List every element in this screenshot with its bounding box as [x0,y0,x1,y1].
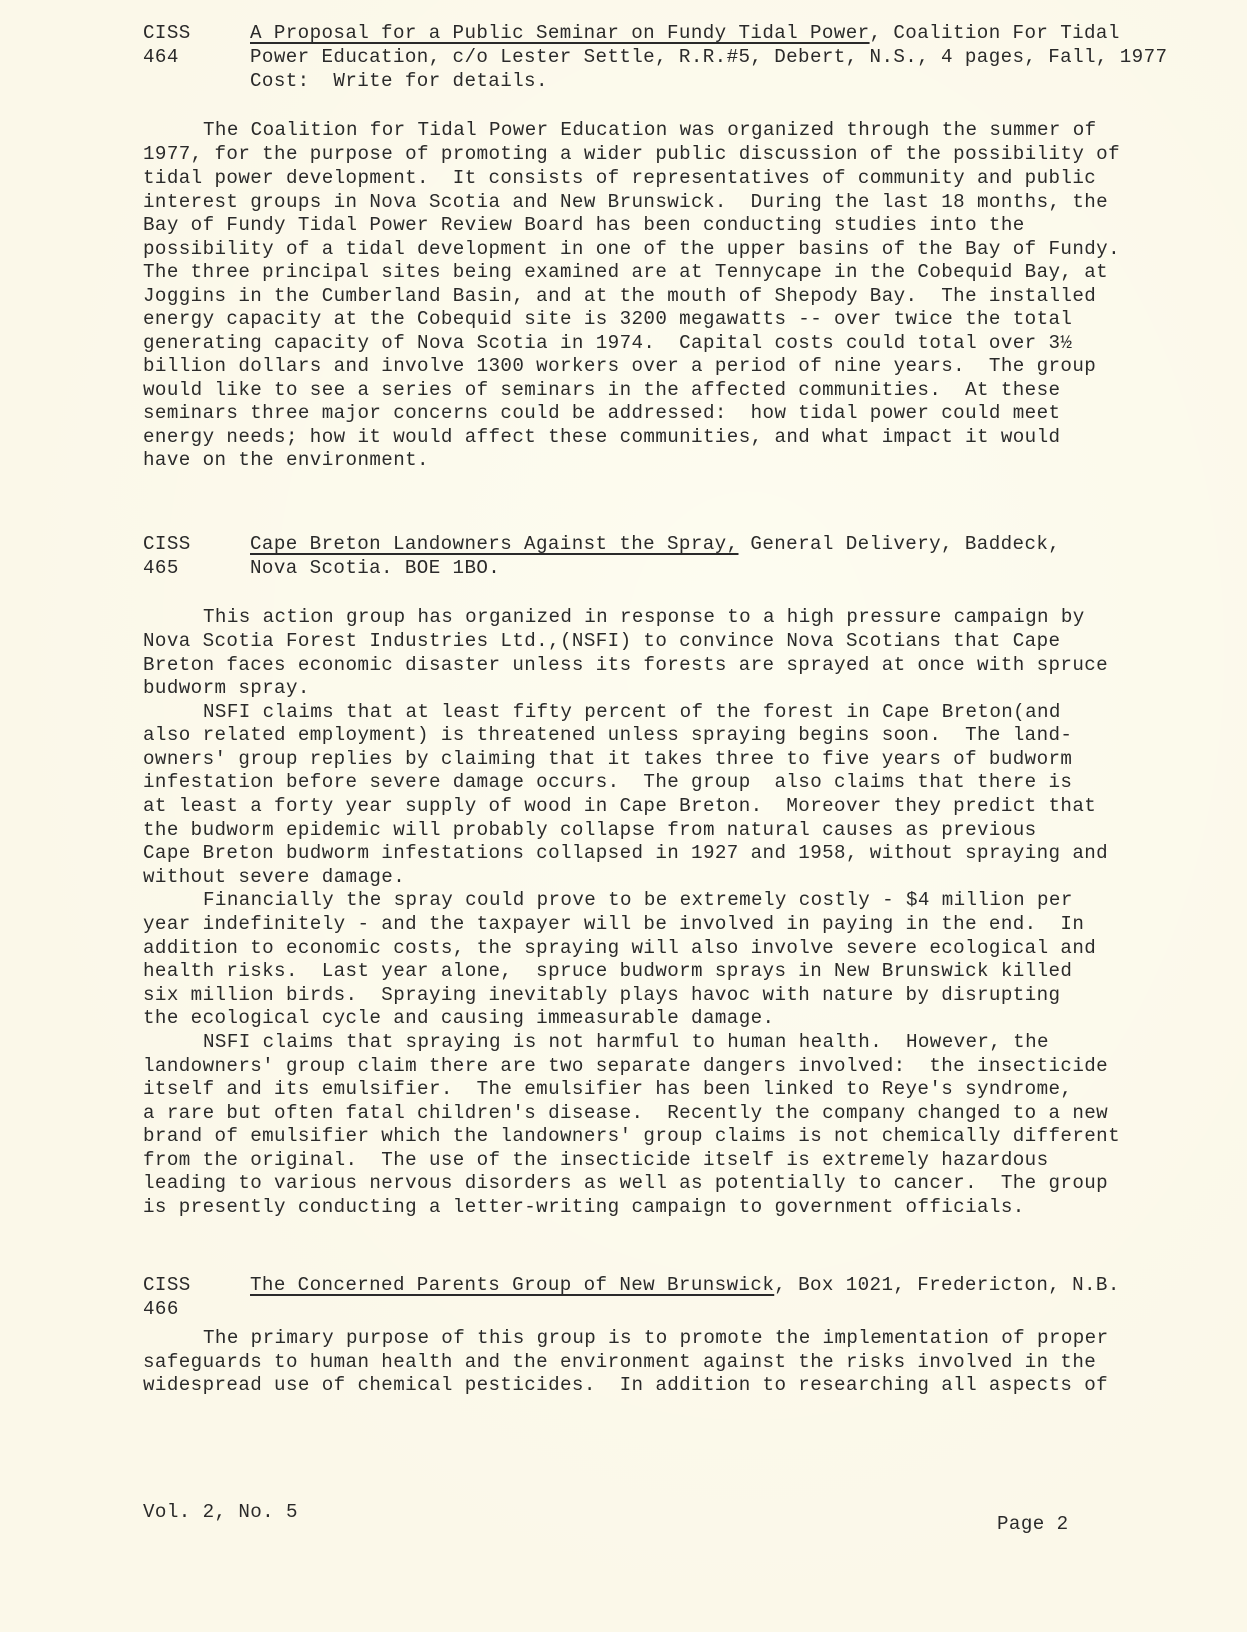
body-line: the ecological cycle and causing immeasu… [143,1006,774,1030]
body-line: The three principal sites being examined… [143,260,1108,284]
body-line: tidal power development. It consists of … [143,166,1096,190]
body-line: possibility of a tidal development in on… [143,237,1120,261]
entry-title: Cape Breton Landowners Against the Spray… [250,533,739,555]
body-line: Breton faces economic disaster unless it… [143,653,1108,677]
entry-cost: Cost: Write for details. [250,69,548,93]
body-line: brand of emulsifier which the landowners… [143,1124,1120,1148]
entry-title: The Concerned Parents Group of New Bruns… [250,1274,774,1296]
body-line: This action group has organized in respo… [203,605,1085,629]
body-line: The Coalition for Tidal Power Education … [203,118,1097,142]
body-line: would like to see a series of seminars i… [143,378,1060,402]
ciss-number: 465 [143,556,179,580]
volume-number: Vol. 2, No. 5 [143,1500,298,1524]
entry-title: A Proposal for a Public Seminar on Fundy… [250,22,870,44]
body-line: is presently conducting a letter-writing… [143,1195,1025,1219]
body-line: at least a forty year supply of wood in … [143,794,1096,818]
body-line: generating capacity of Nova Scotia in 19… [143,331,1072,355]
body-line: have on the environment. [143,448,429,472]
body-line: energy capacity at the Cobequid site is … [143,307,1072,331]
body-line: NSFI claims that at least fifty percent … [203,700,1061,724]
body-line: landowners' group claim there are two se… [143,1054,1108,1078]
body-line: without severe damage. [143,865,405,889]
ciss-label: CISS [143,532,191,556]
entry-header-line: The Concerned Parents Group of New Bruns… [250,1273,1120,1297]
body-line: six million birds. Spraying inevitably p… [143,983,1060,1007]
body-line: widespread use of chemical pesticides. I… [143,1373,1108,1397]
ciss-number: 466 [143,1297,179,1321]
entry-header-line: Cape Breton Landowners Against the Spray… [250,532,1060,556]
body-line: The primary purpose of this group is to … [203,1326,1109,1350]
body-line: NSFI claims that spraying is not harmful… [203,1030,1049,1054]
body-line: owners' group replies by claiming that i… [143,747,1072,771]
body-line: infestation before severe damage occurs.… [143,770,1072,794]
body-line: Joggins in the Cumberland Basin, and at … [143,284,1096,308]
entry-header-line: A Proposal for a Public Seminar on Fundy… [250,21,1120,45]
body-line: budworm spray. [143,676,310,700]
body-line: health risks. Last year alone, spruce bu… [143,959,1072,983]
body-line: 1977, for the purpose of promoting a wid… [143,142,1120,166]
entry-address: Power Education, c/o Lester Settle, R.R.… [250,45,1167,69]
body-line: energy needs; how it would affect these … [143,425,1060,449]
body-line: addition to economic costs, the spraying… [143,936,1096,960]
entry-organization: General Delivery, Baddeck, [739,533,1061,555]
body-line: leading to various nervous disorders as … [143,1171,1108,1195]
ciss-label: CISS [143,1273,191,1297]
body-line: billion dollars and involve 1300 workers… [143,354,1096,378]
body-line: year indefinitely - and the taxpayer wil… [143,912,1084,936]
body-line: Cape Breton budworm infestations collaps… [143,841,1108,865]
page-number: Page 2 [997,1512,1069,1536]
ciss-number: 464 [143,45,179,69]
body-line: from the original. The use of the insect… [143,1148,1049,1172]
document-page: CISS 464 A Proposal for a Public Seminar… [0,0,1247,1632]
body-line: the budworm epidemic will probably colla… [143,818,1037,842]
entry-address: Nova Scotia. BOE 1BO. [250,556,500,580]
body-line: interest groups in Nova Scotia and New B… [143,190,1108,214]
body-line: seminars three major concerns could be a… [143,401,1060,425]
body-line: also related employment) is threatened u… [143,723,1072,747]
body-line: a rare but often fatal children's diseas… [143,1101,1108,1125]
body-line: safeguards to human health and the envir… [143,1350,1096,1374]
entry-organization: , Coalition For Tidal [870,22,1120,44]
body-line: Bay of Fundy Tidal Power Review Board ha… [143,213,1025,237]
body-line: Nova Scotia Forest Industries Ltd.,(NSFI… [143,629,1060,653]
entry-organization: , Box 1021, Fredericton, N.B. [774,1274,1120,1296]
body-line: Financially the spray could prove to be … [203,888,1073,912]
ciss-label: CISS [143,21,191,45]
body-line: itself and its emulsifier. The emulsifie… [143,1077,1072,1101]
